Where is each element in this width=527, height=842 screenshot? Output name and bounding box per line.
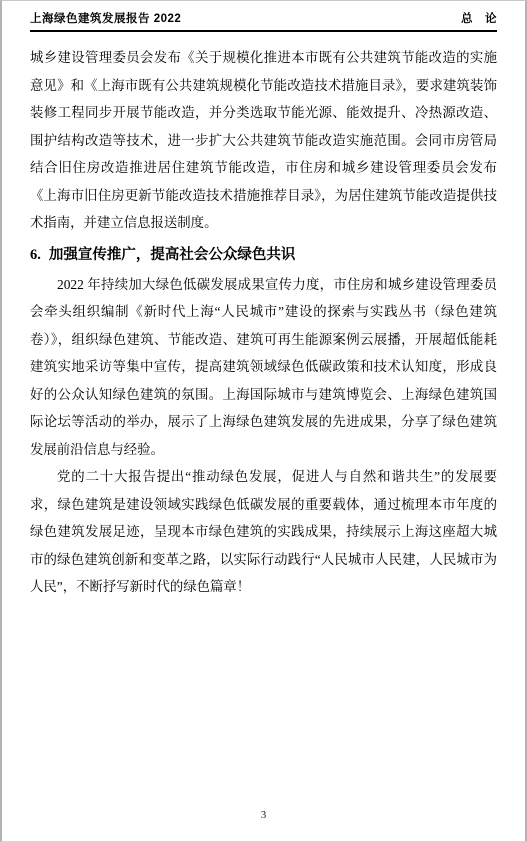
page-header: 上海绿色建筑发展报告 2022 总 论 bbox=[30, 1, 497, 30]
body-paragraph: 2022 年持续加大绿色低碳发展成果宣传力度，市住房和城乡建设管理委员会牵头组织… bbox=[30, 271, 497, 464]
report-title: 上海绿色建筑发展报告 2022 bbox=[30, 10, 181, 26]
page-number: 3 bbox=[261, 809, 267, 821]
section-heading-number: 6. bbox=[30, 247, 41, 263]
section-heading-title: 加强宣传推广，提高社会公众绿色共识 bbox=[49, 247, 296, 263]
body-paragraph: 城乡建设管理委员会发布《关于规模化推进本市既有公共建筑节能改造的实施意见》和《上… bbox=[30, 44, 497, 237]
header-rule bbox=[30, 30, 497, 32]
section-heading: 6.加强宣传推广，提高社会公众绿色共识 bbox=[30, 243, 497, 267]
document-page: 上海绿色建筑发展报告 2022 总 论 城乡建设管理委员会发布《关于规模化推进本… bbox=[0, 0, 527, 842]
page-content: 城乡建设管理委员会发布《关于规模化推进本市既有公共建筑节能改造的实施意见》和《上… bbox=[30, 44, 497, 601]
page-footer: 3 bbox=[2, 809, 525, 821]
body-paragraph: 党的二十大报告提出“推动绿色发展，促进人与自然和谐共生”的发展要求，绿色建筑是建… bbox=[30, 463, 497, 601]
section-label: 总 论 bbox=[461, 10, 497, 26]
